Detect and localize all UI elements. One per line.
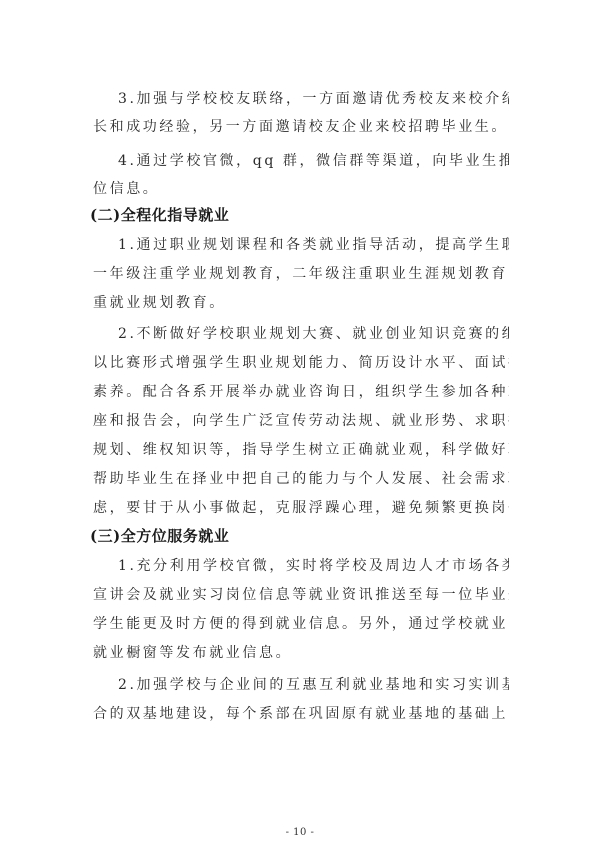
paragraph-line: 虑，要甘于从小事做起，克服浮躁心理，避免频繁更换岗位。 (93, 499, 509, 517)
paragraph-line: 重就业规划教育。 (93, 294, 509, 312)
paragraph-line: 长和成功经验，另一方面邀请校友企业来校招聘毕业生。 (93, 118, 509, 136)
page-number: - 10 - (0, 827, 600, 838)
paragraph-line: 位信息。 (93, 180, 509, 198)
document-page: 3.加强与学校校友联络，一方面邀请优秀校友来校介绍自己的成 长和成功经验，另一方… (0, 0, 600, 848)
paragraph-line: 帮助毕业生在择业中把自己的能力与个人发展、社会需求联系起来考 (93, 470, 509, 488)
section-heading: (三)全方位服务就业 (90, 526, 229, 546)
paragraph-line: 2.加强学校与企业间的互惠互利就业基地和实习实训基地相结 (118, 676, 509, 694)
paragraph-line: 合的双基地建设，每个系部在巩固原有就业基地的基础上，每年新建 (93, 705, 509, 723)
paragraph-line: 素养。配合各系开展举办就业咨询日，组织学生参加各种就业指导讲 (93, 383, 509, 401)
paragraph-line: 4.通过学校官微，qq 群，微信群等渠道，向毕业生推送就业岗 (118, 152, 509, 170)
paragraph-line: 宣讲会及就业实习岗位信息等就业资讯推送至每一位毕业生手机，让 (93, 586, 509, 604)
paragraph-line: 学生能更及时方便的得到就业信息。另外，通过学校就业网站及校园 (93, 615, 509, 633)
paragraph-line: 座和报告会，向学生广泛宣传劳动法规、就业形势、求职技巧、职业 (93, 412, 509, 430)
paragraph-line: 2.不断做好学校职业规划大赛、就业创业知识竞赛的组织工作， (118, 325, 509, 343)
paragraph-line: 以比赛形式增强学生职业规划能力、简历设计水平、面试技巧及职业 (93, 354, 509, 372)
section-heading: (二)全程化指导就业 (90, 205, 229, 225)
paragraph-line: 一年级注重学业规划教育，二年级注重职业生涯规划教育，三年级侧 (93, 265, 509, 283)
paragraph-line: 1.通过职业规划课程和各类就业指导活动，提高学生职业素养， (118, 236, 509, 254)
paragraph-line: 1.充分利用学校官微，实时将学校及周边人才市场各类招聘会、 (118, 557, 509, 575)
paragraph-line: 就业橱窗等发布就业信息。 (93, 644, 509, 662)
paragraph-line: 规划、维权知识等，指导学生树立正确就业观，科学做好职业规划。 (93, 441, 509, 459)
paragraph-line: 3.加强与学校校友联络，一方面邀请优秀校友来校介绍自己的成 (118, 90, 509, 108)
